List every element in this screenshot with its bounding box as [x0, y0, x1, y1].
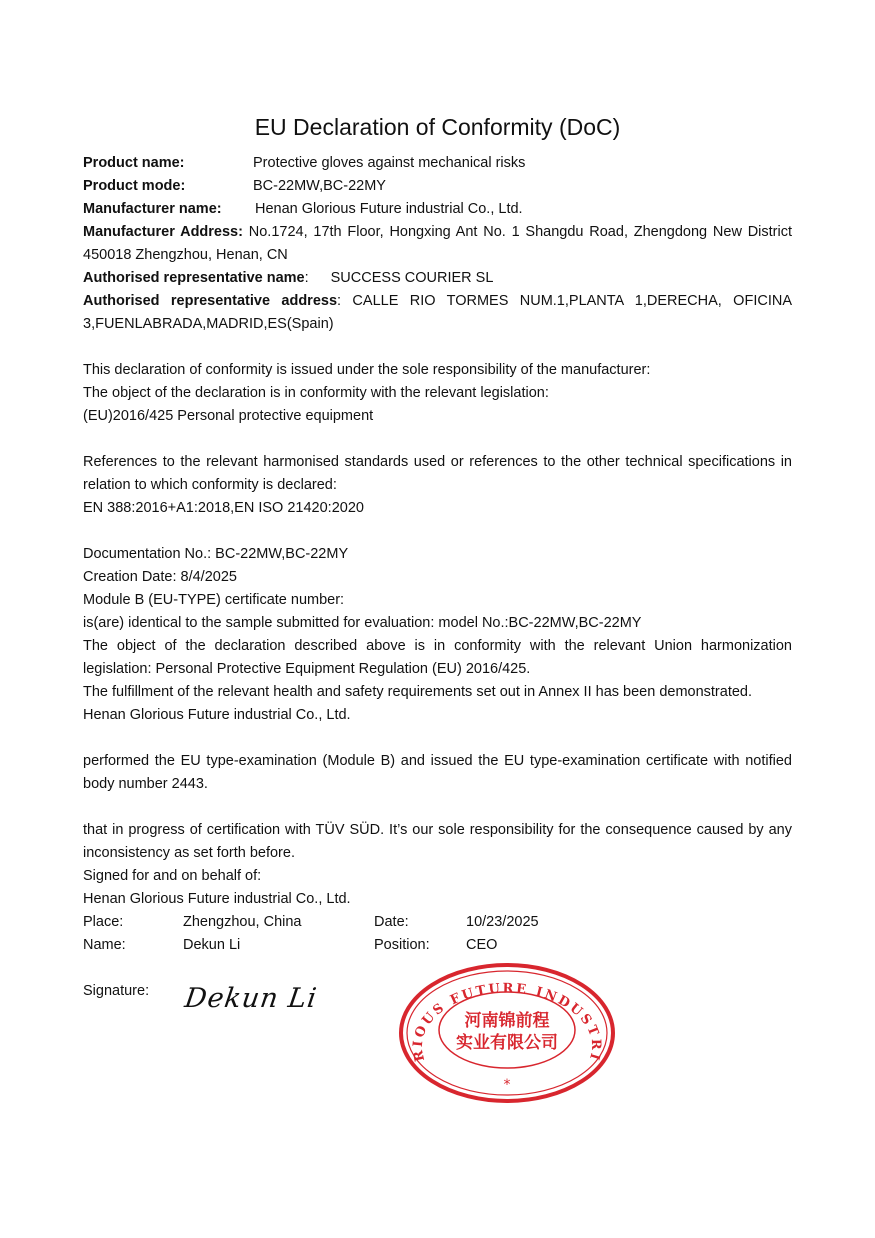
- para3-line: The fulfillment of the relevant health a…: [83, 681, 752, 704]
- document-title: EU Declaration of Conformity (DoC): [0, 114, 875, 141]
- para3-line: legislation: Personal Protective Equipme…: [83, 658, 530, 681]
- para5-line: Signed for and on behalf of:: [83, 865, 261, 888]
- name-value: Dekun Li: [183, 934, 240, 957]
- handwritten-signature: Dekun Li: [183, 983, 319, 1014]
- standards-line: EN 388:2016+A1:2018,EN ISO 21420:2020: [83, 497, 364, 520]
- para3-line: is(are) identical to the sample submitte…: [83, 612, 641, 635]
- manufacturer-address-row: Manufacturer Address: No.1724, 17th Floo…: [83, 221, 792, 244]
- rep-address-line2: 3,FUENLABRADA,MADRID,ES(Spain): [83, 313, 334, 336]
- para4-line: performed the EU type-examination (Modul…: [83, 750, 792, 773]
- position-value: CEO: [466, 934, 497, 957]
- para2-line: relation to which conformity is declared…: [83, 474, 337, 497]
- creation-date: Creation Date: 8/4/2025: [83, 566, 237, 589]
- manufacturer-address-line1: No.1724, 17th Floor, Hongxing Ant No. 1 …: [249, 224, 792, 240]
- date-label: Date:: [374, 911, 409, 934]
- documentation-no: Documentation No.: BC-22MW,BC-22MY: [83, 543, 348, 566]
- product-mode-label: Product mode:: [83, 175, 253, 198]
- rep-name-value: SUCCESS COURIER SL: [331, 270, 494, 286]
- para1-line: This declaration of conformity is issued…: [83, 359, 650, 382]
- para5-line: inconsistency as set forth before.: [83, 842, 295, 865]
- date-value: 10/23/2025: [466, 911, 539, 934]
- rep-name-label: Authorised representative name: [83, 270, 305, 286]
- module-b-certificate: Module B (EU-TYPE) certificate number:: [83, 589, 344, 612]
- manufacturer-name-row: Manufacturer name:Henan Glorious Future …: [83, 198, 523, 221]
- rep-name-row: Authorised representative name:SUCCESS C…: [83, 267, 493, 290]
- company-seal-stamp: HENAN GLORIOUS FUTURE INDUSTRIAL CO.,LTD…: [398, 962, 616, 1104]
- rep-address-line1: CALLE RIO TORMES NUM.1,PLANTA 1,DERECHA,…: [352, 293, 792, 309]
- product-mode-row: Product mode:BC-22MW,BC-22MY: [83, 175, 386, 198]
- svg-text:实业有限公司: 实业有限公司: [456, 1032, 558, 1053]
- place-value: Zhengzhou, China: [183, 911, 302, 934]
- product-name-value: Protective gloves against mechanical ris…: [253, 155, 525, 171]
- name-label: Name:: [83, 934, 126, 957]
- rep-address-label: Authorised representative address: [83, 293, 337, 309]
- place-label: Place:: [83, 911, 123, 934]
- signature-label: Signature:: [83, 980, 149, 1003]
- para3-line: The object of the declaration described …: [83, 635, 792, 658]
- svg-text:*: *: [504, 1077, 511, 1093]
- product-name-row: Product name:Protective gloves against m…: [83, 152, 525, 175]
- para4-line: body number 2443.: [83, 773, 208, 796]
- para1-line: The object of the declaration is in conf…: [83, 382, 549, 405]
- product-name-label: Product name:: [83, 152, 253, 175]
- para1-line: (EU)2016/425 Personal protective equipme…: [83, 405, 373, 428]
- manufacturer-name-label: Manufacturer name:: [83, 198, 255, 221]
- para5-line: that in progress of certification with T…: [83, 819, 792, 842]
- para5-line: Henan Glorious Future industrial Co., Lt…: [83, 888, 351, 911]
- rep-address-row: Authorised representative address: CALLE…: [83, 290, 792, 313]
- product-mode-value: BC-22MW,BC-22MY: [253, 178, 386, 194]
- svg-text:河南锦前程: 河南锦前程: [465, 1010, 550, 1031]
- para3-line: Henan Glorious Future industrial Co., Lt…: [83, 704, 351, 727]
- para2-line: References to the relevant harmonised st…: [83, 451, 792, 474]
- manufacturer-name-value: Henan Glorious Future industrial Co., Lt…: [255, 201, 523, 217]
- position-label: Position:: [374, 934, 430, 957]
- manufacturer-address-label: Manufacturer Address:: [83, 224, 243, 240]
- manufacturer-address-line2: 450018 Zhengzhou, Henan, CN: [83, 244, 288, 267]
